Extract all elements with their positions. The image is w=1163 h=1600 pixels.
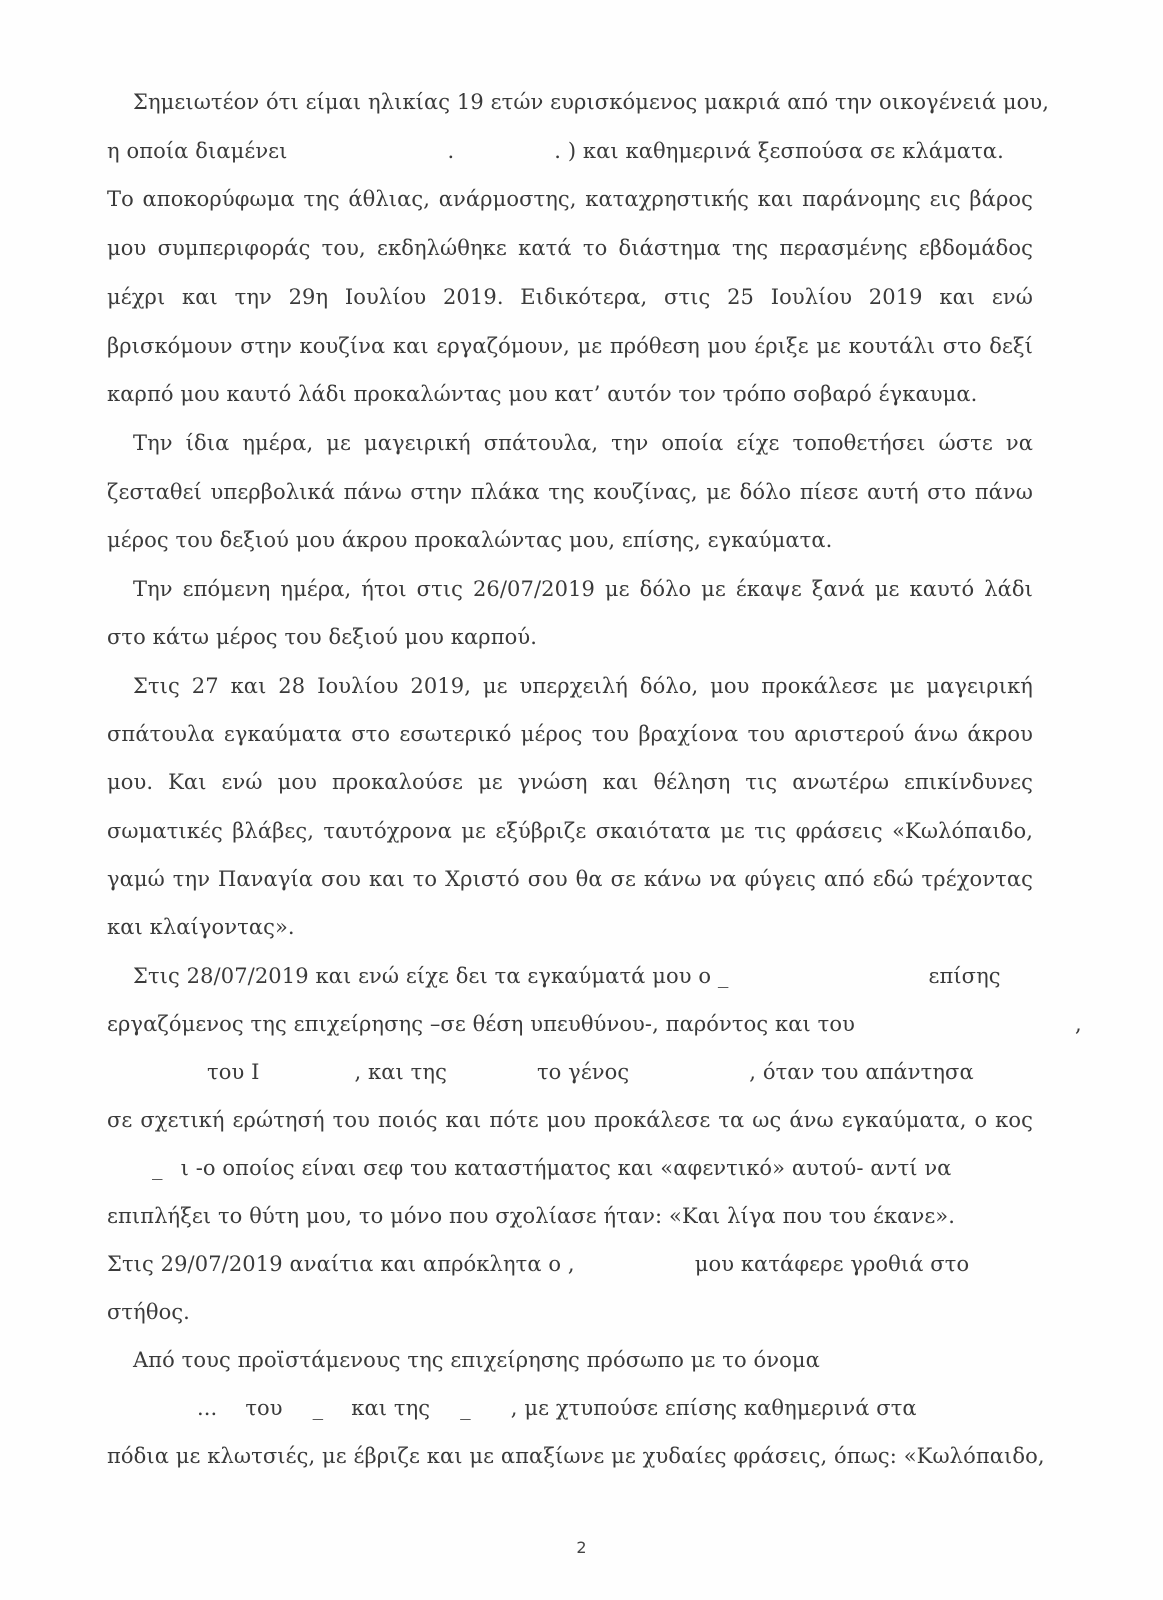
text-line: πόδια με κλωτσιές, με έβριζε και με απαξ… [107, 1442, 1033, 1470]
text-line: και κλαίγοντας». [107, 913, 1033, 941]
text-line: σπάτουλα εγκαύματα στο εσωτερικό μέρος τ… [107, 720, 1033, 748]
text-line: Από τους προϊστάμενους της επιχείρησης π… [133, 1346, 1033, 1374]
text-line: Στις 29/07/2019 αναίτια και απρόκλητα ο … [107, 1250, 1033, 1278]
text-line: μέχρι και την 29η Ιουλίου 2019. Ειδικότε… [107, 283, 1033, 311]
page-number: 2 [0, 1538, 1163, 1557]
text-line: του Ι, και τηςτο γένος, όταν του απάντησ… [107, 1058, 1033, 1086]
text-line: μέρος του δεξιού μου άκρου προκαλώντας μ… [107, 526, 1033, 554]
text-line: καρπό μου καυτό λάδι προκαλώντας μου κατ… [107, 380, 1033, 408]
text-line: ζεσταθεί υπερβολικά πάνω στην πλάκα της … [107, 478, 1033, 506]
text-line: σε σχετική ερώτησή του ποιός και πότε μο… [107, 1106, 1033, 1134]
text-line: εργαζόμενος της επιχείρησης –σε θέση υπε… [107, 1010, 1033, 1038]
text-line: στο κάτω μέρος του δεξιού μου καρπού. [107, 623, 1033, 651]
text-line: επιπλήξει το θύτη μου, το μόνο που σχολί… [107, 1202, 1033, 1230]
text-line: γαμώ την Παναγία σου και το Χριστό σου θ… [107, 865, 1033, 893]
text-line: Στις 28/07/2019 και ενώ είχε δει τα εγκα… [133, 962, 1033, 990]
text-line: Το αποκορύφωμα της άθλιας, ανάρμοστης, κ… [107, 185, 1033, 213]
text-line: μου συμπεριφοράς του, εκδηλώθηκε κατά το… [107, 234, 1033, 262]
document-page: Σημειωτέον ότι είμαι ηλικίας 19 ετών ευρ… [0, 0, 1163, 1600]
text-line: Σημειωτέον ότι είμαι ηλικίας 19 ετών ευρ… [133, 88, 1033, 116]
text-line: _ι -ο οποίος είναι σεφ του καταστήματος … [107, 1154, 1033, 1182]
text-line: στήθος. [107, 1298, 1033, 1326]
text-line: μου. Και ενώ μου προκαλούσε με γνώση και… [107, 768, 1033, 796]
text-line: η οποία διαμένει.. ) και καθημερινά ξεσπ… [107, 137, 1033, 165]
text-line: Την επόμενη ημέρα, ήτοι στις 26/07/2019 … [133, 575, 1033, 603]
text-line: βρισκόμουν στην κουζίνα και εργαζόμουν, … [107, 332, 1033, 360]
text-line: σωματικές βλάβες, ταυτόχρονα με εξύβριζε… [107, 817, 1033, 845]
text-line: Την ίδια ημέρα, με μαγειρική σπάτουλα, τ… [133, 429, 1033, 457]
text-line: ...του_και της_, με χτυπούσε επίσης καθη… [107, 1394, 1033, 1422]
text-line: Στις 27 και 28 Ιουλίου 2019, με υπερχειλ… [133, 672, 1033, 700]
